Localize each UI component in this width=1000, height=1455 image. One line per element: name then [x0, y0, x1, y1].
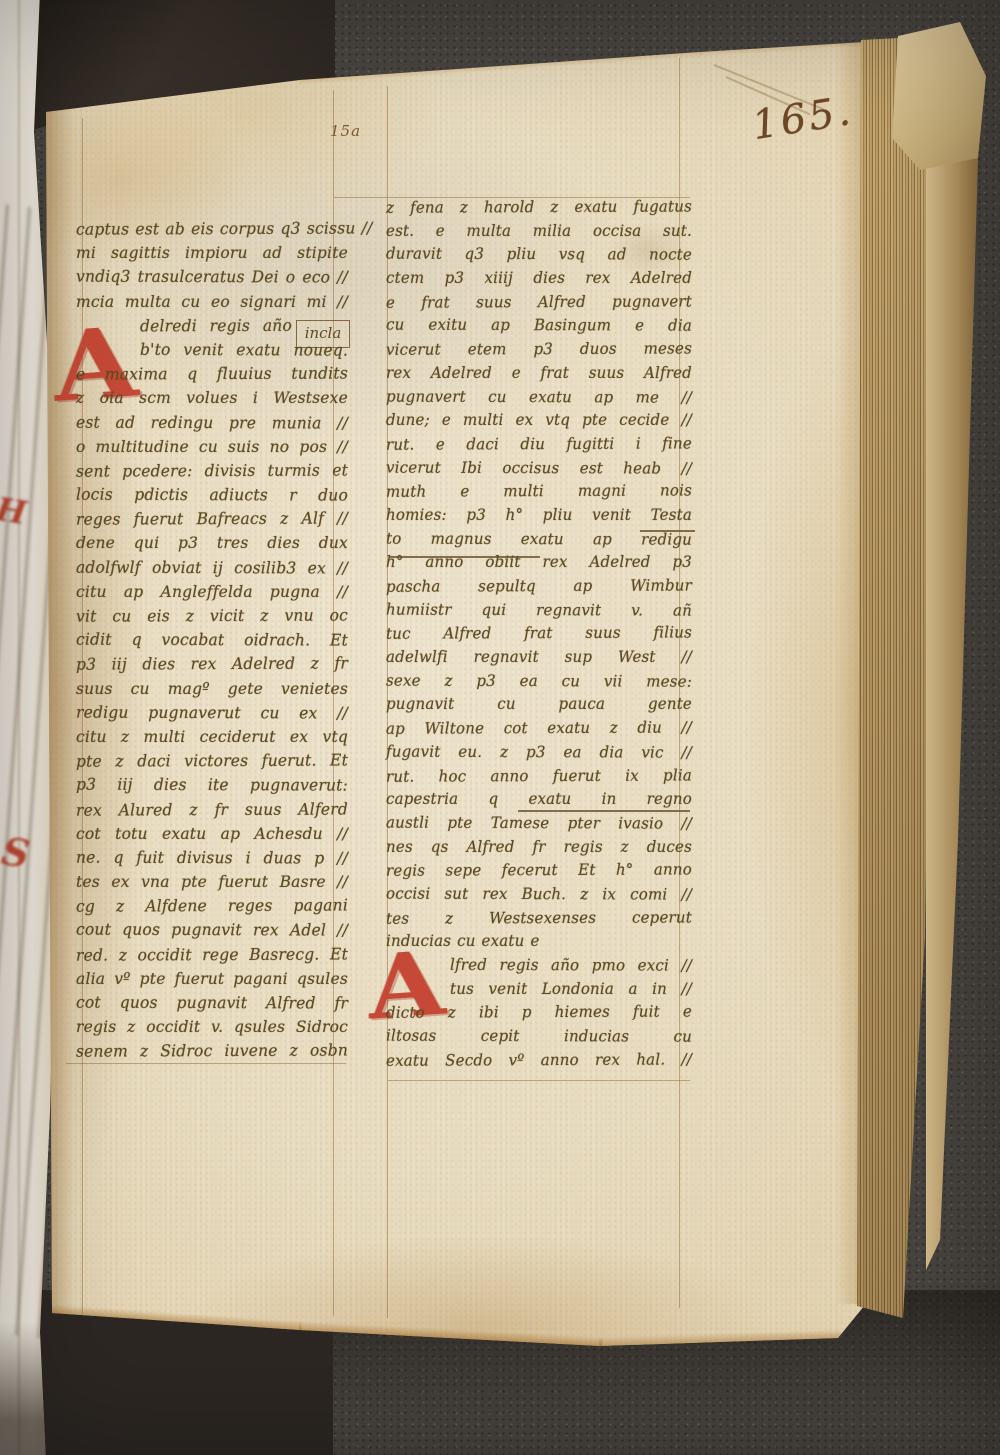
manuscript-text-line: z fena z harold z exatu fugatus [386, 197, 692, 223]
manuscript-text-line: nes qs Alfred fr regis z duces [386, 837, 692, 862]
manuscript-text-line: red. z occidit rege Basrecg. Et [76, 945, 348, 971]
manuscript-text-line: rut. e daci diu fugitti i fine [386, 434, 692, 460]
manuscript-text-line: locis pdictis adiucts r duo [76, 485, 348, 511]
manuscript-text-line: delredi regis año [76, 316, 348, 342]
manuscript-text-line: tes z Westsexenses ceperut [386, 907, 692, 933]
manuscript-text-line: homies: p3 h° pliu venit Testa [386, 505, 692, 530]
manuscript-text-line: vicerut etem p3 duos meses [386, 339, 692, 365]
manuscript-text-line: b'to venit exatu noueq. [76, 340, 348, 366]
manuscript-text-line: cot totu exatu ap Achesdu // [76, 824, 348, 849]
manuscript-text-line: mi sagittis impioru ad stipite [76, 244, 348, 269]
manuscript-text-line: regis z occidit v. qsules Sidroc [76, 1018, 348, 1043]
manuscript-text-line: tuc Alfred frat suus filius [386, 623, 692, 649]
manuscript-text-line: austli pte Tamese pter ivasio // [386, 813, 692, 839]
manuscript-text-line: o multitudine cu suis no pos // [76, 437, 348, 462]
manuscript-text-line: p3 iij dies rex Adelred z fr [76, 654, 348, 680]
manuscript-page: 165. 15a incla A A captus est ab eis cor… [0, 0, 1000, 1455]
manuscript-text-line: regis sepe fecerut Et h° anno [386, 860, 692, 886]
manuscript-text-line: duravit q3 pliu vsq ad nocte [386, 244, 692, 270]
manuscript-text-line: pugnavit cu pauca gente [386, 695, 692, 720]
manuscript-text-line: pascha sepultq ap Wimbur [386, 576, 692, 602]
manuscript-text-line: e maxima q fluuius tundits [76, 364, 348, 390]
manuscript-text-line: ap Wiltone cot exatu z diu // [386, 718, 692, 744]
manuscript-text-line: captus est ab eis corpus q3 scissu // [76, 219, 348, 245]
manuscript-text-line: ctem p3 xiiij dies rex Adelred [386, 269, 692, 294]
manuscript-text-line: to magnus exatu ap redigu [386, 529, 692, 555]
manuscript-text-line: lfred regis año pmo exci // [386, 955, 692, 981]
manuscript-text-line: dicto z ibi p hiemes fuit e [386, 1002, 692, 1028]
manuscript-text-line: cg z Alfdene reges pagani [76, 896, 348, 922]
manuscript-text-line: vit cu eis z vicit z vnu oc [76, 606, 348, 632]
manuscript-text-line: iltosas cepit inducias cu [386, 1026, 692, 1052]
manuscript-text-line: reges fuerut Bafreacs z Alf // [76, 509, 348, 535]
manuscript-text-line: pugnavert cu exatu ap me // [386, 386, 692, 412]
manuscript-text-line: rex Adelred e frat suus Alfred [386, 363, 692, 388]
manuscript-text-line: adolfwlf obviat ij cosilib3 ex // [76, 558, 348, 584]
manuscript-text-line: tus venit Londonia a in // [386, 979, 692, 1004]
manuscript-text-line: adelwlfi regnavit sup West // [386, 648, 692, 673]
manuscript-text-line: cu exitu ap Basingum e dia [386, 315, 692, 341]
manuscript-text-line: citu z multi ceciderut ex vtq [76, 727, 348, 752]
manuscript-text-line: fugavit eu. z p3 ea dia vic // [386, 742, 692, 768]
manuscript-text-line: capestria q exatu in regno [386, 790, 692, 815]
manuscript-text-line: suus cu magº gete venietes [76, 679, 348, 704]
manuscript-text-line: e frat suus Alfred pugnavert [386, 292, 692, 318]
manuscript-text-line: pte z daci victores fuerut. Et [76, 751, 348, 777]
manuscript-text-line: vicerut Ibi occisus est heab // [386, 458, 692, 484]
manuscript-text-line: z oia scm volues i Westsexe [76, 389, 348, 414]
manuscript-text-line: senem z Sidroc iuvene z osbn [76, 1041, 348, 1067]
manuscript-text-line: occisi sut rex Buch. z ix comi // [386, 884, 692, 910]
manuscript-text-line: est. e multa milia occisa sut. [386, 221, 692, 246]
manuscript-text-line: ne. q fuit divisus i duas p // [76, 848, 348, 874]
manuscript-text-line: dene qui p3 tres dies dux [76, 534, 348, 559]
manuscript-text-line: mcia multa cu eo signari mi // [76, 292, 348, 317]
manuscript-text-line: citu ap Angleffelda pugna // [76, 582, 348, 607]
manuscript-photograph: H S 165. 15a incla A A captus est ab eis… [0, 0, 1000, 1455]
manuscript-text-line: p3 iij dies ite pugnaverut: [76, 775, 348, 801]
manuscript-text-line: tes ex vna pte fuerut Basre // [76, 873, 348, 898]
manuscript-text-line: cidit q vocabat oidrach. Et [76, 630, 348, 656]
manuscript-text-line: rex Alured z fr suus Alferd [76, 799, 348, 825]
vellum-cover-edge [926, 40, 978, 1285]
manuscript-text-line: vndiq3 trasulceratus Dei o eco // [76, 267, 348, 293]
ruling-line-horizontal [388, 1080, 690, 1081]
manuscript-text-line: rut. hoc anno fuerut ix plia [386, 765, 692, 791]
manuscript-text-line: dune; e multi ex vtq pte cecide // [386, 411, 692, 436]
manuscript-text-line: cot quos pugnavit Alfred fr [76, 993, 348, 1019]
manuscript-text-line: cout quos pugnavit rex Adel // [76, 920, 348, 946]
manuscript-text-line: est ad redingu pre munia // [76, 413, 348, 439]
manuscript-text-line: sent pcedere: divisis turmis et [76, 461, 348, 487]
fore-edge-page-stack [855, 36, 937, 1318]
page-gutter-shade [46, 110, 74, 1316]
manuscript-text-line: alia vº pte fuerut pagani qsules [76, 969, 348, 994]
manuscript-text-line: exatu Secdo vº anno rex hal. // [386, 1050, 692, 1076]
manuscript-text-line: h° anno obiit rex Adelred p3 [386, 553, 692, 578]
manuscript-text-line: redigu pugnaverut cu ex // [76, 703, 348, 729]
manuscript-text-line: inducias cu exatu e [386, 932, 692, 957]
manuscript-text-line: sexe z p3 ea cu vii mese: [386, 671, 692, 697]
manuscript-text-line: humiistr qui regnavit v. añ [386, 600, 692, 626]
text-column-right: z fena z harold z exatu fugatusest. e mu… [386, 198, 692, 1074]
quire-mark: 15a [330, 122, 361, 140]
text-column-left: captus est ab eis corpus q3 scissu //mi … [76, 220, 348, 1067]
manuscript-text-line: muth e multi magni nois [386, 481, 692, 507]
